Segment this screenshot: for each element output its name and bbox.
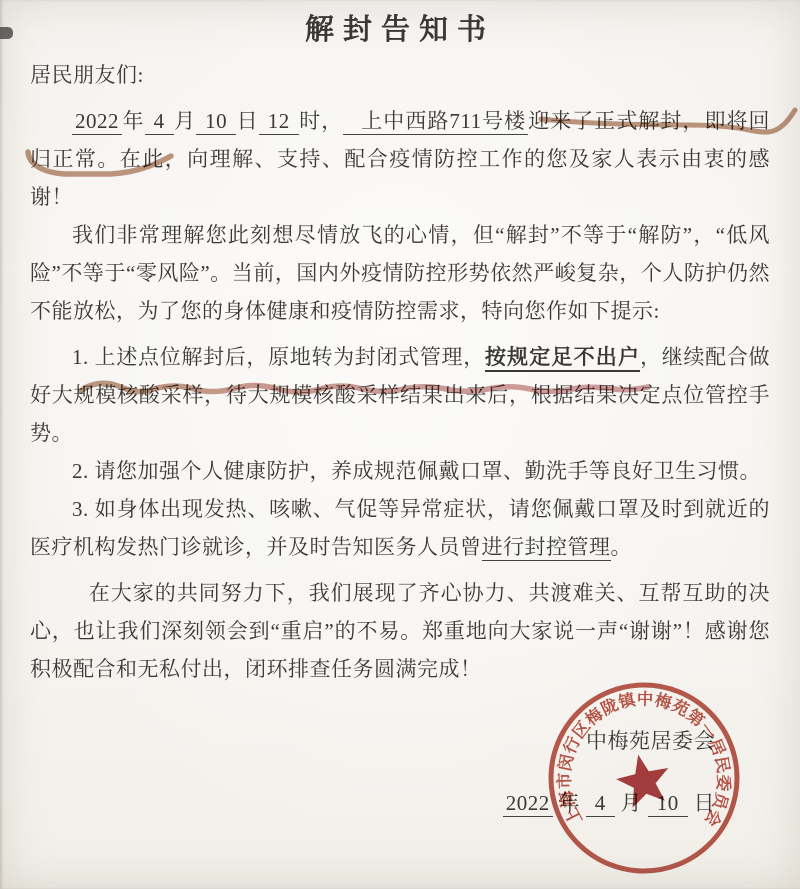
date-hour-label: 时， xyxy=(299,109,344,133)
item-3-underline: 进行封控管理 xyxy=(482,535,611,561)
notice-item-3: 3. 如身体出现发热、咳嗽、气促等异常症状，请您佩戴口罩及时到就近的医疗机构发热… xyxy=(30,490,770,566)
salutation: 居民朋友们: xyxy=(30,56,770,94)
sign-date-month: 4 xyxy=(586,791,615,817)
date-blank-hour: 12 xyxy=(259,109,299,135)
signature: 中梅苑居委会 xyxy=(30,726,715,756)
closing-paragraph: 在大家的共同努力下，我们展现了齐心协力、共渡难关、互帮互助的决心，也让我们深刻领… xyxy=(30,574,770,688)
paragraph-announcement: 2022年4月10日12时，上中西路711号楼迎来了正式解封，即将回归正常。在此… xyxy=(30,102,770,216)
item-3-post: 。 xyxy=(611,535,633,559)
paragraph-reminder-intro: 我们非常理解您此刻想尽情放飞的心情，但“解封”不等于“解防”，“低风险”不等于“… xyxy=(30,216,770,330)
date-month-label: 月 xyxy=(174,109,197,133)
date-blank-year: 2022 xyxy=(72,109,122,135)
item-1-pre: 1. 上述点位解封后，原地转为封闭式管理， xyxy=(72,345,485,369)
notice-item-1: 1. 上述点位解封后，原地转为封闭式管理，按规定足不出户，继续配合做好大规模核酸… xyxy=(30,338,770,452)
sign-date-year: 2022 xyxy=(503,791,553,817)
date-blank-day: 10 xyxy=(196,109,236,135)
sign-date-day-label: 日 xyxy=(694,791,716,815)
notice-item-2: 2. 请您加强个人健康防护，养成规范佩戴口罩、勤洗手等良好卫生习惯。 xyxy=(30,452,770,490)
document-title: 解封告知书 xyxy=(30,10,770,50)
signature-block: 中梅苑居委会 2022 年 4 月 10 日 xyxy=(30,726,770,820)
date-blank-month: 4 xyxy=(145,109,174,135)
sign-date-year-label: 年 xyxy=(559,791,581,815)
date-day-label: 日 xyxy=(236,109,259,133)
address-blank: 上中西路711号楼 xyxy=(343,109,528,135)
document-page: 解封告知书 居民朋友们: 2022年4月10日12时，上中西路711号楼迎来了正… xyxy=(0,0,800,889)
sign-date-day: 10 xyxy=(648,791,688,817)
scan-edge-artifact xyxy=(0,27,13,39)
date-year-label: 年 xyxy=(122,109,145,133)
item-3-pre: 3. 如身体出现发热、咳嗽、气促等异常症状，请您佩戴口罩及时到就近的医疗机构发热… xyxy=(30,497,770,559)
date-line: 2022 年 4 月 10 日 xyxy=(30,786,715,820)
item-1-emphasis: 按规定足不出户 xyxy=(485,345,640,372)
sign-date-month-label: 月 xyxy=(621,791,643,815)
